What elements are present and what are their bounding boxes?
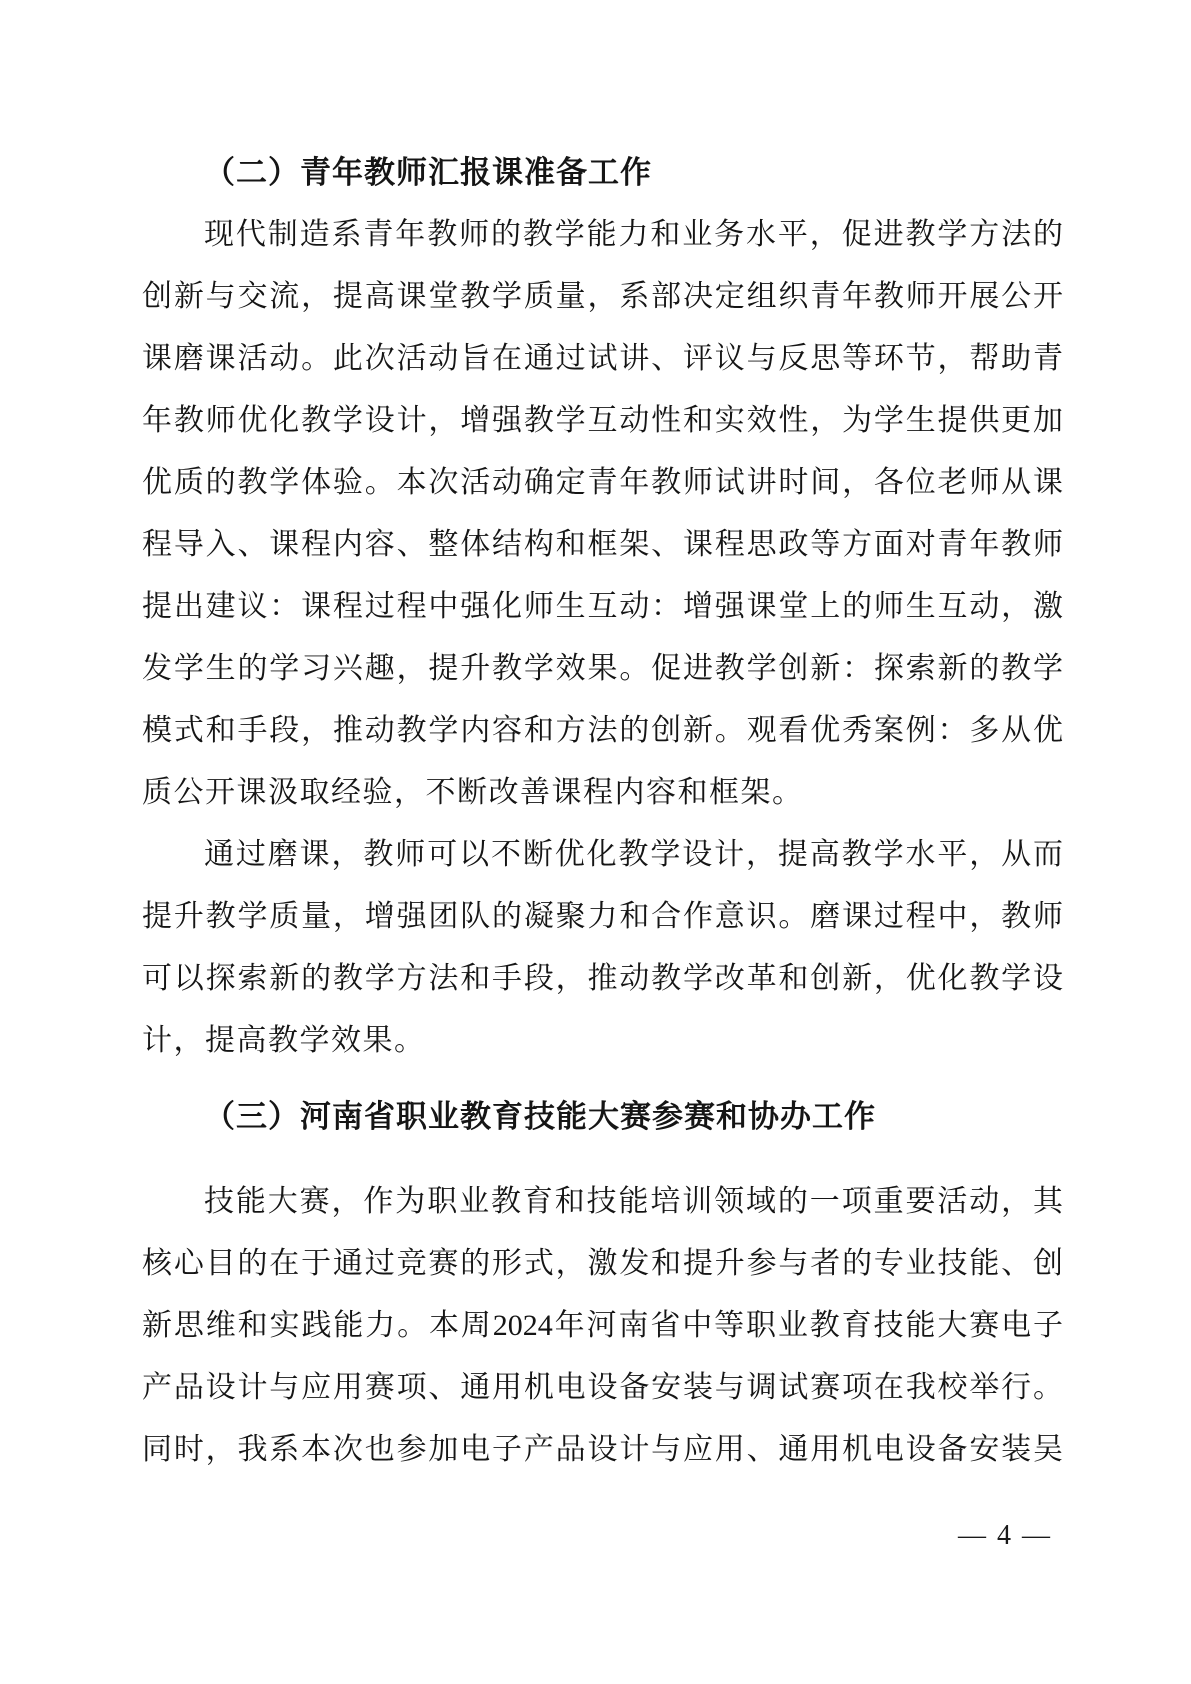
text-line: 核心目的在于通过竞赛的形式，激发和提升参与者的专业技能、创 bbox=[142, 1233, 1063, 1295]
page-number: — 4 — bbox=[958, 1520, 1052, 1552]
text-line: 通过磨课，教师可以不断优化教学设计，提高教学水平，从而 bbox=[142, 824, 1063, 886]
text-line: 现代制造系青年教师的教学能力和业务水平，促进教学方法的 bbox=[142, 204, 1063, 266]
text-line: 质公开课汲取经验，不断改善课程内容和框架。 bbox=[142, 762, 1063, 824]
paragraph-2: 通过磨课，教师可以不断优化教学设计，提高教学水平，从而 提升教学质量，增强团队的… bbox=[142, 824, 1063, 1072]
text-line: 提升教学质量，增强团队的凝聚力和合作意识。磨课过程中，教师 bbox=[142, 886, 1063, 948]
section-heading-three: （三）河南省职业教育技能大赛参赛和协办工作 bbox=[142, 1086, 1063, 1148]
text-line: 技能大赛，作为职业教育和技能培训领域的一项重要活动，其 bbox=[142, 1171, 1063, 1233]
text-line: 创新与交流，提高课堂教学质量，系部决定组织青年教师开展公开 bbox=[142, 266, 1063, 328]
text-line: 新思维和实践能力。本周2024年河南省中等职业教育技能大赛电子 bbox=[142, 1295, 1063, 1357]
text-line: 计，提高教学效果。 bbox=[142, 1010, 1063, 1072]
paragraph-3: 技能大赛，作为职业教育和技能培训领域的一项重要活动，其 核心目的在于通过竞赛的形… bbox=[142, 1171, 1063, 1481]
text-line: 优质的教学体验。本次活动确定青年教师试讲时间，各位老师从课 bbox=[142, 452, 1063, 514]
text-line: 同时，我系本次也参加电子产品设计与应用、通用机电设备安装吴 bbox=[142, 1419, 1063, 1481]
text-line: 程导入、课程内容、整体结构和框架、课程思政等方面对青年教师 bbox=[142, 514, 1063, 576]
text-line: 年教师优化教学设计，增强教学互动性和实效性，为学生提供更加 bbox=[142, 390, 1063, 452]
text-line: 模式和手段，推动教学内容和方法的创新。观看优秀案例：多从优 bbox=[142, 700, 1063, 762]
section-heading-two: （二）青年教师汇报课准备工作 bbox=[142, 142, 1063, 204]
text-line: 可以探索新的教学方法和手段，推动教学改革和创新，优化教学设 bbox=[142, 948, 1063, 1010]
text-line: 课磨课活动。此次活动旨在通过试讲、评议与反思等环节，帮助青 bbox=[142, 328, 1063, 390]
text-line: 产品设计与应用赛项、通用机电设备安装与调试赛项在我校举行。 bbox=[142, 1357, 1063, 1419]
text-line: 发学生的学习兴趣，提升教学效果。促进教学创新：探索新的教学 bbox=[142, 638, 1063, 700]
document-content: （二）青年教师汇报课准备工作 现代制造系青年教师的教学能力和业务水平，促进教学方… bbox=[142, 142, 1063, 1481]
document-page: （二）青年教师汇报课准备工作 现代制造系青年教师的教学能力和业务水平，促进教学方… bbox=[0, 0, 1191, 1684]
paragraph-1: 现代制造系青年教师的教学能力和业务水平，促进教学方法的 创新与交流，提高课堂教学… bbox=[142, 204, 1063, 824]
text-line: 提出建议：课程过程中强化师生互动：增强课堂上的师生互动，激 bbox=[142, 576, 1063, 638]
